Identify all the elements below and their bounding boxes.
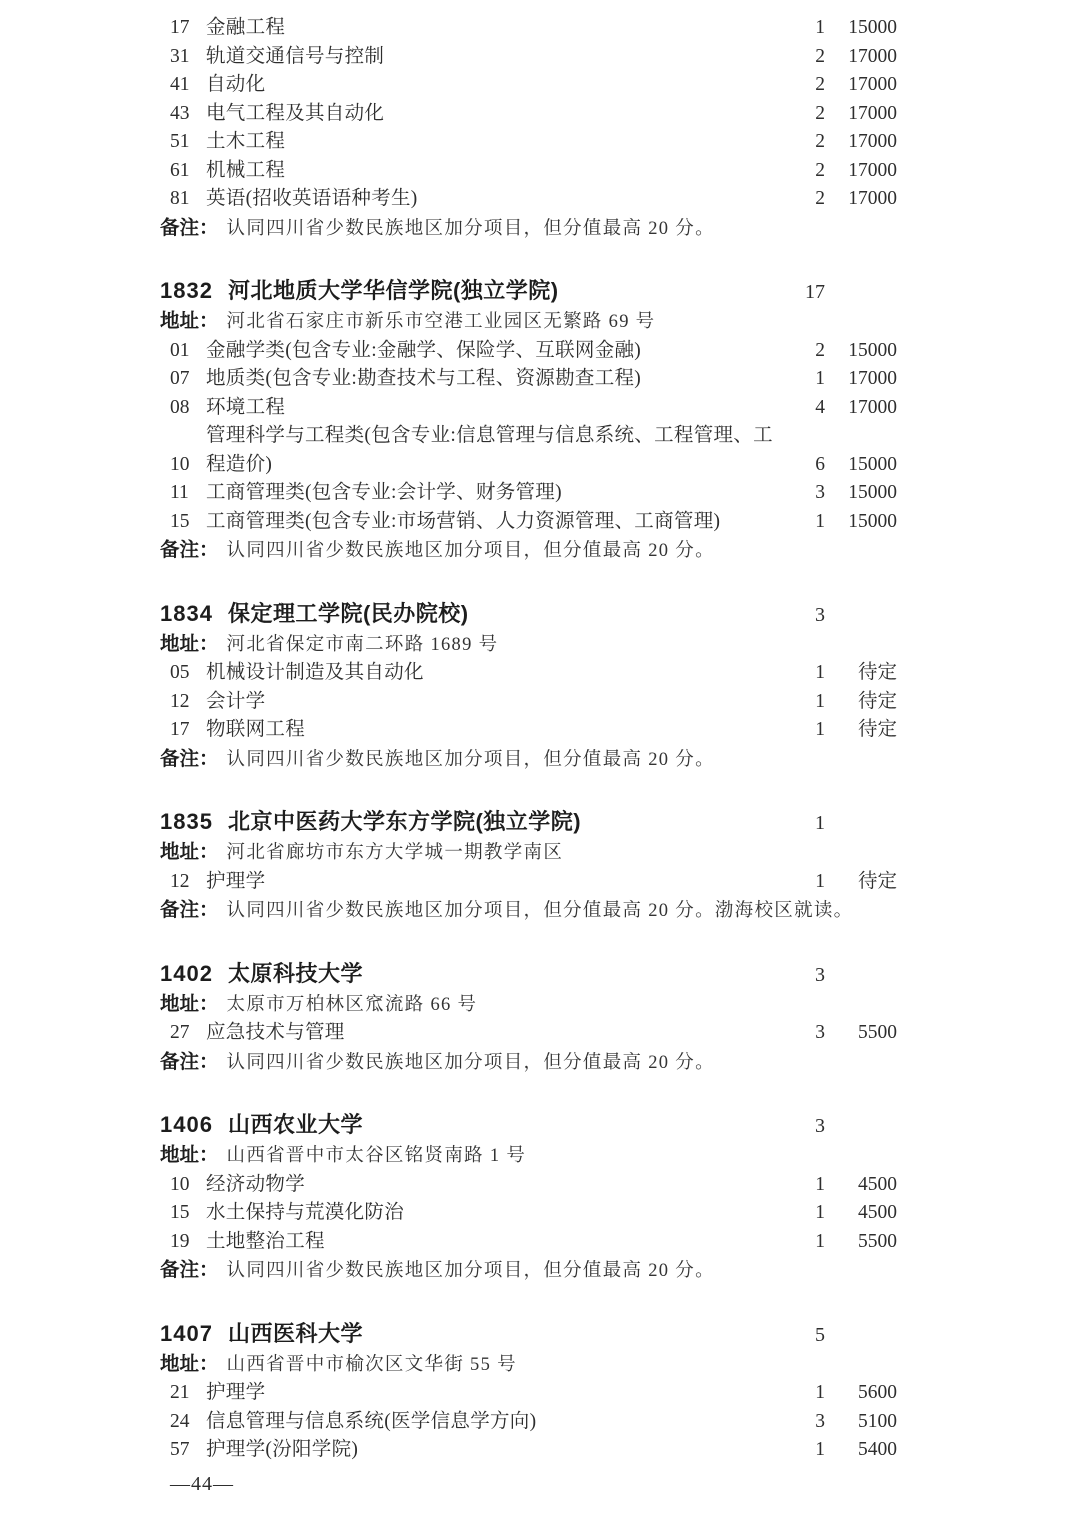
program-count: 3 (789, 1019, 825, 1048)
program-name: 土木工程 (206, 128, 789, 157)
program-row: 12 会计学 1 待定 (160, 688, 897, 717)
address-text: 河北省石家庄市新乐市空港工业园区无繁路 69 号 (227, 308, 656, 337)
program-code: 27 (170, 1019, 197, 1048)
program-count: 1 (789, 659, 825, 688)
address-text: 山西省晋中市榆次区文华街 55 号 (227, 1351, 517, 1380)
program-row: 15 水土保持与荒漠化防治 1 4500 (160, 1199, 897, 1228)
program-code: 81 (170, 185, 197, 214)
program-count: 2 (789, 128, 825, 157)
program-row: 24 信息管理与信息系统(医学信息学方向) 3 5100 (160, 1408, 897, 1437)
note-row: 备注： 认同四川省少数民族地区加分项目，但分值最高 20 分。 (160, 1048, 897, 1078)
program-fee: 17000 (825, 157, 897, 186)
program-list: 21 护理学 1 5600 24 信息管理与信息系统(医学信息学方向) 3 51… (160, 1379, 897, 1465)
university-name: 北京中医药大学东方学院(独立学院) (228, 807, 789, 836)
program-fee: 17000 (825, 100, 897, 129)
program-row: 08 环境工程 4 17000 (160, 394, 897, 423)
university-header: 1406 山西农业大学 3 (160, 1110, 897, 1141)
university-section: 1832 河北地质大学华信学院(独立学院) 17 地址： 河北省石家庄市新乐市空… (160, 276, 897, 566)
program-code: 11 (170, 479, 197, 508)
university-total-count: 3 (789, 961, 825, 990)
program-count: 2 (789, 157, 825, 186)
program-name: 护理学(汾阳学院) (206, 1436, 789, 1465)
program-code: 15 (170, 508, 197, 537)
program-fee: 5400 (825, 1436, 897, 1465)
university-code: 1402 (160, 959, 213, 988)
program-name: 经济动物学 (206, 1171, 789, 1200)
program-list: 01 金融学类(包含专业:金融学、保险学、互联网金融) 2 15000 07 地… (160, 337, 897, 537)
program-code: 01 (170, 337, 197, 366)
university-total-count: 17 (789, 278, 825, 307)
program-count: 4 (789, 394, 825, 423)
note-label: 备注： (160, 1048, 219, 1077)
university-section: 1406 山西农业大学 3 地址： 山西省晋中市太谷区铭贤南路 1 号 10 经… (160, 1110, 897, 1286)
program-fee: 4500 (825, 1199, 897, 1228)
document-page: 17 金融工程 1 15000 31 轨道交通信号与控制 2 17000 41 … (0, 0, 1080, 1527)
program-code: 07 (170, 365, 197, 394)
program-fee: 17000 (825, 128, 897, 157)
address-label: 地址： (160, 1141, 219, 1170)
program-name: 工商管理类(包含专业:会计学、财务管理) (206, 479, 789, 508)
address-row: 地址： 河北省石家庄市新乐市空港工业园区无繁路 69 号 (160, 307, 897, 337)
program-row: 21 护理学 1 5600 (160, 1379, 897, 1408)
program-row: 19 土地整治工程 1 5500 (160, 1228, 897, 1257)
program-list: 27 应急技术与管理 3 5500 (160, 1019, 897, 1048)
program-row: 10 管理科学与工程类(包含专业:信息管理与信息系统、工程管理、工程造价) 6 … (160, 422, 897, 479)
program-name: 会计学 (206, 688, 789, 717)
program-row: 81 英语(招收英语语种考生) 2 17000 (160, 185, 897, 214)
note-text: 认同四川省少数民族地区加分项目，但分值最高 20 分。 (227, 537, 715, 566)
program-row: 12 护理学 1 待定 (160, 868, 897, 897)
program-count: 2 (789, 337, 825, 366)
university-total-count: 5 (789, 1321, 825, 1350)
program-fee: 17000 (825, 71, 897, 100)
program-code: 05 (170, 659, 197, 688)
program-name: 机械设计制造及其自动化 (206, 659, 789, 688)
program-name: 信息管理与信息系统(医学信息学方向) (206, 1408, 789, 1437)
address-text: 太原市万柏林区窊流路 66 号 (227, 991, 478, 1020)
program-code: 12 (170, 868, 197, 897)
program-count: 2 (789, 43, 825, 72)
university-total-count: 1 (789, 809, 825, 838)
program-code: 17 (170, 14, 197, 43)
program-fee: 17000 (825, 365, 897, 394)
university-header: 1402 太原科技大学 3 (160, 959, 897, 990)
university-total-count: 3 (789, 1112, 825, 1141)
program-list: 17 金融工程 1 15000 31 轨道交通信号与控制 2 17000 41 … (160, 14, 897, 214)
address-label: 地址： (160, 630, 219, 659)
address-text: 山西省晋中市太谷区铭贤南路 1 号 (227, 1142, 527, 1171)
program-list: 10 经济动物学 1 4500 15 水土保持与荒漠化防治 1 4500 19 … (160, 1171, 897, 1257)
program-row: 15 工商管理类(包含专业:市场营销、人力资源管理、工商管理) 1 15000 (160, 508, 897, 537)
note-label: 备注： (160, 745, 219, 774)
university-header: 1832 河北地质大学华信学院(独立学院) 17 (160, 276, 897, 307)
page-number: —44— (160, 1470, 897, 1499)
address-label: 地址： (160, 307, 219, 336)
address-row: 地址： 河北省保定市南二环路 1689 号 (160, 630, 897, 660)
university-code: 1406 (160, 1110, 213, 1139)
address-label: 地址： (160, 838, 219, 867)
program-list: 12 护理学 1 待定 (160, 868, 897, 897)
program-code: 51 (170, 128, 197, 157)
address-label: 地址： (160, 1350, 219, 1379)
program-code: 08 (170, 394, 197, 423)
program-code: 10 (170, 1171, 197, 1200)
program-fee: 15000 (825, 337, 897, 366)
program-count: 2 (789, 71, 825, 100)
program-name: 英语(招收英语语种考生) (206, 185, 789, 214)
address-label: 地址： (160, 990, 219, 1019)
program-row: 17 物联网工程 1 待定 (160, 716, 897, 745)
program-fee: 5500 (825, 1228, 897, 1257)
university-section: 1834 保定理工学院(民办院校) 3 地址： 河北省保定市南二环路 1689 … (160, 599, 897, 775)
university-header: 1407 山西医科大学 5 (160, 1319, 897, 1350)
university-section: 1402 太原科技大学 3 地址： 太原市万柏林区窊流路 66 号 27 应急技… (160, 959, 897, 1078)
program-count: 1 (789, 1379, 825, 1408)
university-section: 17 金融工程 1 15000 31 轨道交通信号与控制 2 17000 41 … (160, 14, 897, 243)
university-code: 1835 (160, 807, 213, 836)
program-count: 1 (789, 716, 825, 745)
program-fee: 待定 (825, 868, 897, 897)
program-row: 61 机械工程 2 17000 (160, 157, 897, 186)
note-text: 认同四川省少数民族地区加分项目，但分值最高 20 分。 (227, 215, 715, 244)
university-section: 1835 北京中医药大学东方学院(独立学院) 1 地址： 河北省廊坊市东方大学城… (160, 807, 897, 926)
note-text: 认同四川省少数民族地区加分项目，但分值最高 20 分。渤海校区就读。 (227, 897, 854, 926)
program-fee: 17000 (825, 43, 897, 72)
program-row: 17 金融工程 1 15000 (160, 14, 897, 43)
program-count: 1 (789, 508, 825, 537)
note-label: 备注： (160, 214, 219, 243)
university-section: 1407 山西医科大学 5 地址： 山西省晋中市榆次区文华街 55 号 21 护… (160, 1319, 897, 1465)
program-code: 31 (170, 43, 197, 72)
program-code: 61 (170, 157, 197, 186)
note-label: 备注： (160, 1256, 219, 1285)
program-code: 12 (170, 688, 197, 717)
program-name: 轨道交通信号与控制 (206, 43, 789, 72)
note-row: 备注： 认同四川省少数民族地区加分项目，但分值最高 20 分。渤海校区就读。 (160, 896, 897, 926)
program-row: 05 机械设计制造及其自动化 1 待定 (160, 659, 897, 688)
sections: 17 金融工程 1 15000 31 轨道交通信号与控制 2 17000 41 … (160, 14, 897, 1465)
note-label: 备注： (160, 536, 219, 565)
address-row: 地址： 山西省晋中市太谷区铭贤南路 1 号 (160, 1141, 897, 1171)
address-row: 地址： 太原市万柏林区窊流路 66 号 (160, 990, 897, 1020)
program-fee: 待定 (825, 659, 897, 688)
program-name: 物联网工程 (206, 716, 789, 745)
program-name: 环境工程 (206, 394, 789, 423)
program-name: 金融学类(包含专业:金融学、保险学、互联网金融) (206, 337, 789, 366)
address-row: 地址： 河北省廊坊市东方大学城一期教学南区 (160, 838, 897, 868)
program-count: 1 (789, 14, 825, 43)
note-row: 备注： 认同四川省少数民族地区加分项目，但分值最高 20 分。 (160, 745, 897, 775)
program-row: 31 轨道交通信号与控制 2 17000 (160, 43, 897, 72)
program-code: 43 (170, 100, 197, 129)
program-name: 应急技术与管理 (206, 1019, 789, 1048)
program-count: 1 (789, 688, 825, 717)
university-name: 保定理工学院(民办院校) (228, 599, 789, 628)
program-fee: 17000 (825, 185, 897, 214)
program-row: 01 金融学类(包含专业:金融学、保险学、互联网金融) 2 15000 (160, 337, 897, 366)
program-name: 护理学 (206, 868, 789, 897)
university-code: 1407 (160, 1319, 213, 1348)
program-fee: 5100 (825, 1408, 897, 1437)
address-row: 地址： 山西省晋中市榆次区文华街 55 号 (160, 1350, 897, 1380)
program-name: 工商管理类(包含专业:市场营销、人力资源管理、工商管理) (206, 508, 789, 537)
program-name: 土地整治工程 (206, 1228, 789, 1257)
program-fee: 4500 (825, 1171, 897, 1200)
program-name: 机械工程 (206, 157, 789, 186)
note-row: 备注： 认同四川省少数民族地区加分项目，但分值最高 20 分。 (160, 1256, 897, 1286)
program-fee: 17000 (825, 394, 897, 423)
program-row: 41 自动化 2 17000 (160, 71, 897, 100)
program-fee: 15000 (825, 14, 897, 43)
university-code: 1832 (160, 276, 213, 305)
note-text: 认同四川省少数民族地区加分项目，但分值最高 20 分。 (227, 1257, 715, 1286)
program-count: 1 (789, 1228, 825, 1257)
university-code: 1834 (160, 599, 213, 628)
program-count: 2 (789, 100, 825, 129)
address-text: 河北省保定市南二环路 1689 号 (227, 631, 499, 660)
program-fee: 5500 (825, 1019, 897, 1048)
program-code: 57 (170, 1436, 197, 1465)
program-fee: 5600 (825, 1379, 897, 1408)
program-count: 1 (789, 365, 825, 394)
program-code: 19 (170, 1228, 197, 1257)
program-name: 护理学 (206, 1379, 789, 1408)
note-label: 备注： (160, 896, 219, 925)
program-count: 1 (789, 868, 825, 897)
program-list: 05 机械设计制造及其自动化 1 待定 12 会计学 1 待定 17 物联网工程… (160, 659, 897, 745)
program-code: 41 (170, 71, 197, 100)
program-count: 3 (789, 1408, 825, 1437)
program-fee: 待定 (825, 716, 897, 745)
university-name: 山西农业大学 (228, 1110, 789, 1139)
program-row: 51 土木工程 2 17000 (160, 128, 897, 157)
program-count: 1 (789, 1171, 825, 1200)
program-name: 自动化 (206, 71, 789, 100)
program-name: 电气工程及其自动化 (206, 100, 789, 129)
program-count: 1 (789, 1199, 825, 1228)
program-count: 1 (789, 1436, 825, 1465)
program-fee: 待定 (825, 688, 897, 717)
program-row: 07 地质类(包含专业:勘查技术与工程、资源勘查工程) 1 17000 (160, 365, 897, 394)
program-name: 地质类(包含专业:勘查技术与工程、资源勘查工程) (206, 365, 789, 394)
program-code: 15 (170, 1199, 197, 1228)
university-header: 1834 保定理工学院(民办院校) 3 (160, 599, 897, 630)
program-name: 金融工程 (206, 14, 789, 43)
program-count: 3 (789, 479, 825, 508)
program-row: 27 应急技术与管理 3 5500 (160, 1019, 897, 1048)
university-header: 1835 北京中医药大学东方学院(独立学院) 1 (160, 807, 897, 838)
note-text: 认同四川省少数民族地区加分项目，但分值最高 20 分。 (227, 1049, 715, 1078)
university-name: 山西医科大学 (228, 1319, 789, 1348)
university-name: 太原科技大学 (228, 959, 789, 988)
program-row: 43 电气工程及其自动化 2 17000 (160, 100, 897, 129)
program-fee: 15000 (825, 479, 897, 508)
program-row: 11 工商管理类(包含专业:会计学、财务管理) 3 15000 (160, 479, 897, 508)
note-text: 认同四川省少数民族地区加分项目，但分值最高 20 分。 (227, 746, 715, 775)
program-code: 10 (170, 451, 197, 480)
program-code: 24 (170, 1408, 197, 1437)
university-name: 河北地质大学华信学院(独立学院) (228, 276, 789, 305)
university-total-count: 3 (789, 601, 825, 630)
note-row: 备注： 认同四川省少数民族地区加分项目，但分值最高 20 分。 (160, 214, 897, 244)
program-code: 17 (170, 716, 197, 745)
program-fee: 15000 (825, 451, 897, 480)
program-count: 2 (789, 185, 825, 214)
address-text: 河北省廊坊市东方大学城一期教学南区 (227, 839, 564, 868)
program-row: 57 护理学(汾阳学院) 1 5400 (160, 1436, 897, 1465)
note-row: 备注： 认同四川省少数民族地区加分项目，但分值最高 20 分。 (160, 536, 897, 566)
program-name: 管理科学与工程类(包含专业:信息管理与信息系统、工程管理、工程造价) (206, 422, 789, 479)
program-name: 水土保持与荒漠化防治 (206, 1199, 789, 1228)
program-count: 6 (789, 451, 825, 480)
program-row: 10 经济动物学 1 4500 (160, 1171, 897, 1200)
program-code: 21 (170, 1379, 197, 1408)
program-fee: 15000 (825, 508, 897, 537)
